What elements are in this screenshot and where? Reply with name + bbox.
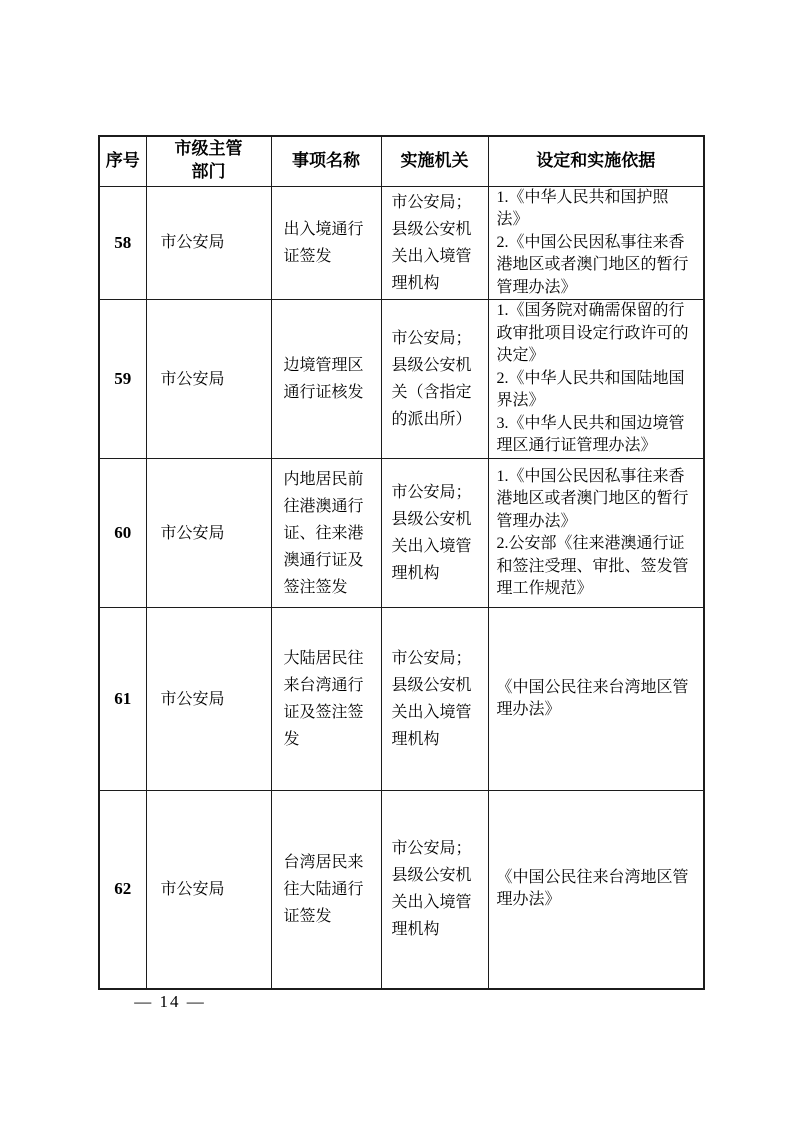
cell-item: 大陆居民往来台湾通行证及签注签发: [271, 608, 381, 791]
cell-agency: 市公安局；县级公安机关出入境管理机构: [381, 186, 488, 300]
table-row-61: 61 市公安局 大陆居民往来台湾通行证及签注签发 市公安局；县级公安机关出入境管…: [99, 608, 704, 791]
cell-agency: 市公安局；县级公安机关出入境管理机构: [381, 791, 488, 989]
header-cell-agency: 实施机关: [381, 136, 488, 186]
cell-basis: 《中国公民往来台湾地区管理办法》: [488, 791, 704, 989]
cell-basis: 1.《国务院对确需保留的行政审批项目设定行政许可的决定》 2.《中华人民共和国陆…: [488, 300, 704, 459]
cell-no: 60: [99, 459, 146, 608]
cell-no: 62: [99, 791, 146, 989]
cell-basis: 《中国公民往来台湾地区管理办法》: [488, 608, 704, 791]
table-header-row: 序号 市级主管 部门 事项名称 实施机关 设定和实施依据: [99, 136, 704, 186]
table-row-62: 62 市公安局 台湾居民来往大陆通行证签发 市公安局；县级公安机关出入境管理机构…: [99, 791, 704, 989]
cell-department: 市公安局: [146, 459, 271, 608]
cell-basis: 1.《中国公民因私事往来香港地区或者澳门地区的暂行管理办法》 2.公安部《往来港…: [488, 459, 704, 608]
table-row-59: 59 市公安局 边境管理区通行证核发 市公安局；县级公安机关（含指定的派出所） …: [99, 300, 704, 459]
cell-no: 59: [99, 300, 146, 459]
table-row-58: 58 市公安局 出入境通行证签发 市公安局；县级公安机关出入境管理机构 1.《中…: [99, 186, 704, 300]
cell-item: 出入境通行证签发: [271, 186, 381, 300]
cell-basis: 1.《中华人民共和国护照法》 2.《中国公民因私事往来香港地区或者澳门地区的暂行…: [488, 186, 704, 300]
cell-item: 边境管理区通行证核发: [271, 300, 381, 459]
header-cell-basis: 设定和实施依据: [488, 136, 704, 186]
cell-department: 市公安局: [146, 186, 271, 300]
page-number: — 14 —: [120, 992, 220, 1012]
cell-agency: 市公安局；县级公安机关（含指定的派出所）: [381, 300, 488, 459]
cell-agency: 市公安局；县级公安机关出入境管理机构: [381, 459, 488, 608]
header-cell-item: 事项名称: [271, 136, 381, 186]
table-row-60: 60 市公安局 内地居民前往港澳通行证、往来港澳通行证及签注签发 市公安局；县级…: [99, 459, 704, 608]
cell-department: 市公安局: [146, 791, 271, 989]
cell-agency: 市公安局；县级公安机关出入境管理机构: [381, 608, 488, 791]
approval-items-table: 序号 市级主管 部门 事项名称 实施机关 设定和实施依据 58 市公安局 出入境…: [98, 135, 705, 990]
header-cell-no: 序号: [99, 136, 146, 186]
cell-item: 台湾居民来往大陆通行证签发: [271, 791, 381, 989]
cell-department: 市公安局: [146, 608, 271, 791]
header-cell-department: 市级主管 部门: [146, 136, 271, 186]
document-page: 序号 市级主管 部门 事项名称 实施机关 设定和实施依据 58 市公安局 出入境…: [0, 0, 793, 1122]
cell-department: 市公安局: [146, 300, 271, 459]
cell-no: 58: [99, 186, 146, 300]
cell-no: 61: [99, 608, 146, 791]
cell-item: 内地居民前往港澳通行证、往来港澳通行证及签注签发: [271, 459, 381, 608]
